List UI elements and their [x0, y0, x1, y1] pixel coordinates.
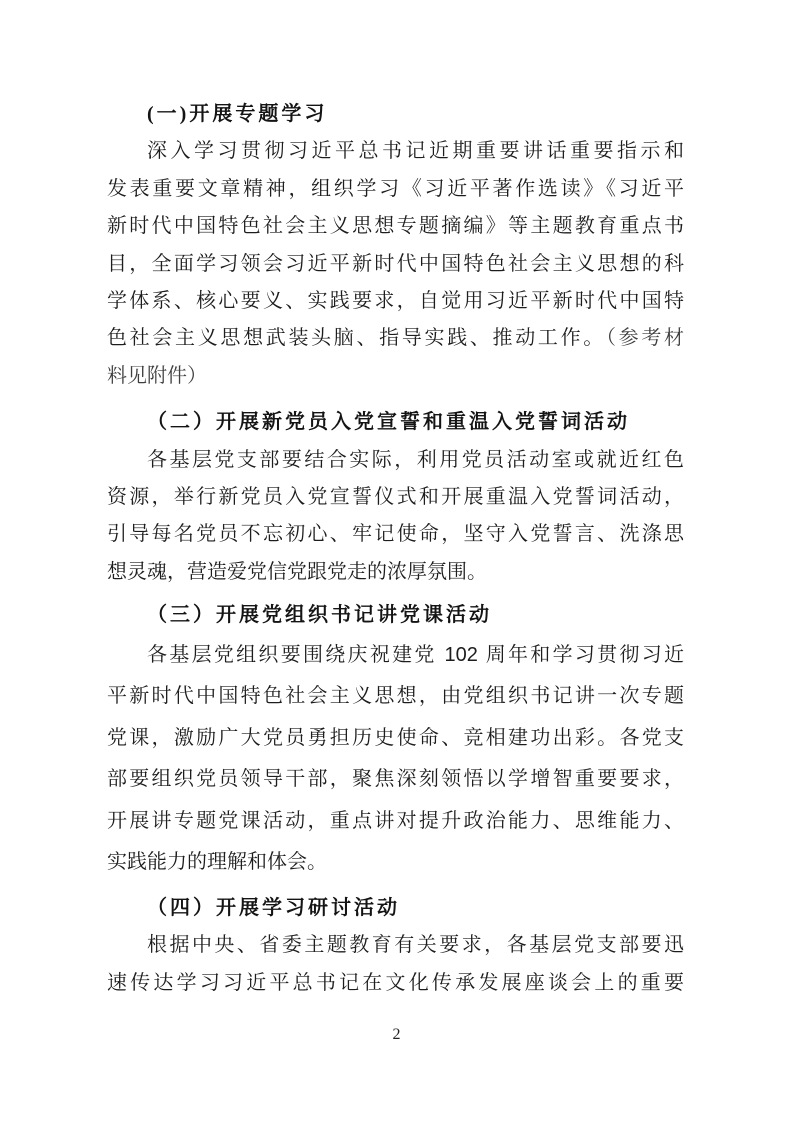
text-line: 引导每名党员不忘初心、牢记使命，坚守入党誓言、洗涤思	[107, 516, 684, 553]
document-body: (一)开展专题学习深入学习贯彻习近平总书记近期重要讲话重要指示和发表重要文章精神…	[107, 96, 684, 1002]
text-line: 根据中央、省委主题教育有关要求，各基层党支部要迅	[107, 927, 684, 964]
text-segment: 发表重要文章精神，组织学习《习近平著作选读》《习近平	[107, 178, 684, 200]
section-heading: （四）开展学习研讨活动	[107, 890, 684, 927]
text-line: 资源，举行新党员入党宣誓仪式和开展重温入党誓词活动，	[107, 479, 684, 516]
page-number: 2	[0, 1026, 793, 1044]
text-segment: 根据中央、省委主题教育有关要求，各基层党支部要迅	[147, 934, 684, 956]
text-segment: 新时代中国特色社会主义思想专题摘编》等主题教育重点书	[107, 215, 684, 237]
text-line: 平新时代中国特色社会主义思想，由党组织书记讲一次专题	[107, 676, 684, 718]
text-segment: 想灵魂，营造爱党信党跟党走的浓厚氛围。	[107, 561, 487, 583]
text-segment: 资源，举行新党员入党宣誓仪式和开展重温入党誓词活动，	[107, 486, 684, 508]
section: （三）开展党组织书记讲党课活动各基层党组织要围绕庆祝建党 102 周年和学习贯彻…	[107, 597, 684, 883]
section: （二）开展新党员入党宣誓和重温入党誓词活动各基层党支部要结合实际，利用党员活动室…	[107, 404, 684, 591]
text-segment: 各基层党支部要结合实际，利用党员活动室或就近红色	[147, 449, 684, 471]
text-line: 各基层党支部要结合实际，利用党员活动室或就近红色	[107, 442, 684, 479]
text-segment: 速传达学习习近平总书记在文化传承发展座谈会上的重要	[107, 972, 684, 994]
text-line: 速传达学习习近平总书记在文化传承发展座谈会上的重要	[107, 965, 684, 1002]
text-line: 料见附件）	[107, 358, 684, 395]
section-heading: (一)开展专题学习	[107, 96, 684, 133]
reference-note: （参考材	[606, 327, 684, 349]
text-segment: 色社会主义思想武装头脑、指导实践、推动工作。	[107, 327, 606, 349]
document-page: (一)开展专题学习深入学习贯彻习近平总书记近期重要讲话重要指示和发表重要文章精神…	[0, 0, 793, 1122]
text-line: 开展讲专题党课活动，重点讲对提升政治能力、思维能力、	[107, 801, 684, 843]
section-heading: （二）开展新党员入党宣誓和重温入党誓词活动	[107, 404, 684, 441]
section: (一)开展专题学习深入学习贯彻习近平总书记近期重要讲话重要指示和发表重要文章精神…	[107, 96, 684, 395]
text-segment: 平新时代中国特色社会主义思想，由党组织书记讲一次专题	[107, 685, 684, 707]
text-line: 党课，激励广大党员勇担历史使命、竞相建功出彩。各党支	[107, 718, 684, 760]
section: （四）开展学习研讨活动根据中央、省委主题教育有关要求，各基层党支部要迅速传达学习…	[107, 890, 684, 1002]
text-line: 发表重要文章精神，组织学习《习近平著作选读》《习近平	[107, 171, 684, 208]
text-segment: 深入学习贯彻习近平总书记近期重要讲话重要指示和	[147, 140, 684, 162]
text-segment: 各基层党组织要围绕庆祝建党 102 周年和学习贯彻习近	[147, 644, 684, 666]
text-segment: 学体系、核心要义、实践要求，自觉用习近平新时代中国特	[107, 290, 684, 312]
text-line: 部要组织党员领导干部，聚焦深刻领悟以学增智重要要求，	[107, 759, 684, 801]
text-line: 各基层党组织要围绕庆祝建党 102 周年和学习贯彻习近	[107, 635, 684, 677]
text-segment: 实践能力的理解和体会。	[107, 851, 327, 873]
text-segment: 开展讲专题党课活动，重点讲对提升政治能力、思维能力、	[107, 810, 684, 832]
text-line: 色社会主义思想武装头脑、指导实践、推动工作。（参考材	[107, 320, 684, 357]
text-segment: 党课，激励广大党员勇担历史使命、竞相建功出彩。各党支	[107, 727, 684, 749]
reference-note: 料见附件）	[107, 365, 207, 387]
text-segment: 目，全面学习领会习近平新时代中国特色社会主义思想的科	[107, 253, 684, 275]
text-line: 实践能力的理解和体会。	[107, 842, 684, 884]
text-line: 深入学习贯彻习近平总书记近期重要讲话重要指示和	[107, 133, 684, 170]
text-line: 目，全面学习领会习近平新时代中国特色社会主义思想的科	[107, 246, 684, 283]
text-segment: 引导每名党员不忘初心、牢记使命，坚守入党誓言、洗涤思	[107, 523, 684, 545]
text-line: 新时代中国特色社会主义思想专题摘编》等主题教育重点书	[107, 208, 684, 245]
text-line: 想灵魂，营造爱党信党跟党走的浓厚氛围。	[107, 554, 684, 591]
text-line: 学体系、核心要义、实践要求，自觉用习近平新时代中国特	[107, 283, 684, 320]
text-segment: 部要组织党员领导干部，聚焦深刻领悟以学增智重要要求，	[107, 768, 684, 790]
section-heading: （三）开展党组织书记讲党课活动	[107, 597, 684, 634]
